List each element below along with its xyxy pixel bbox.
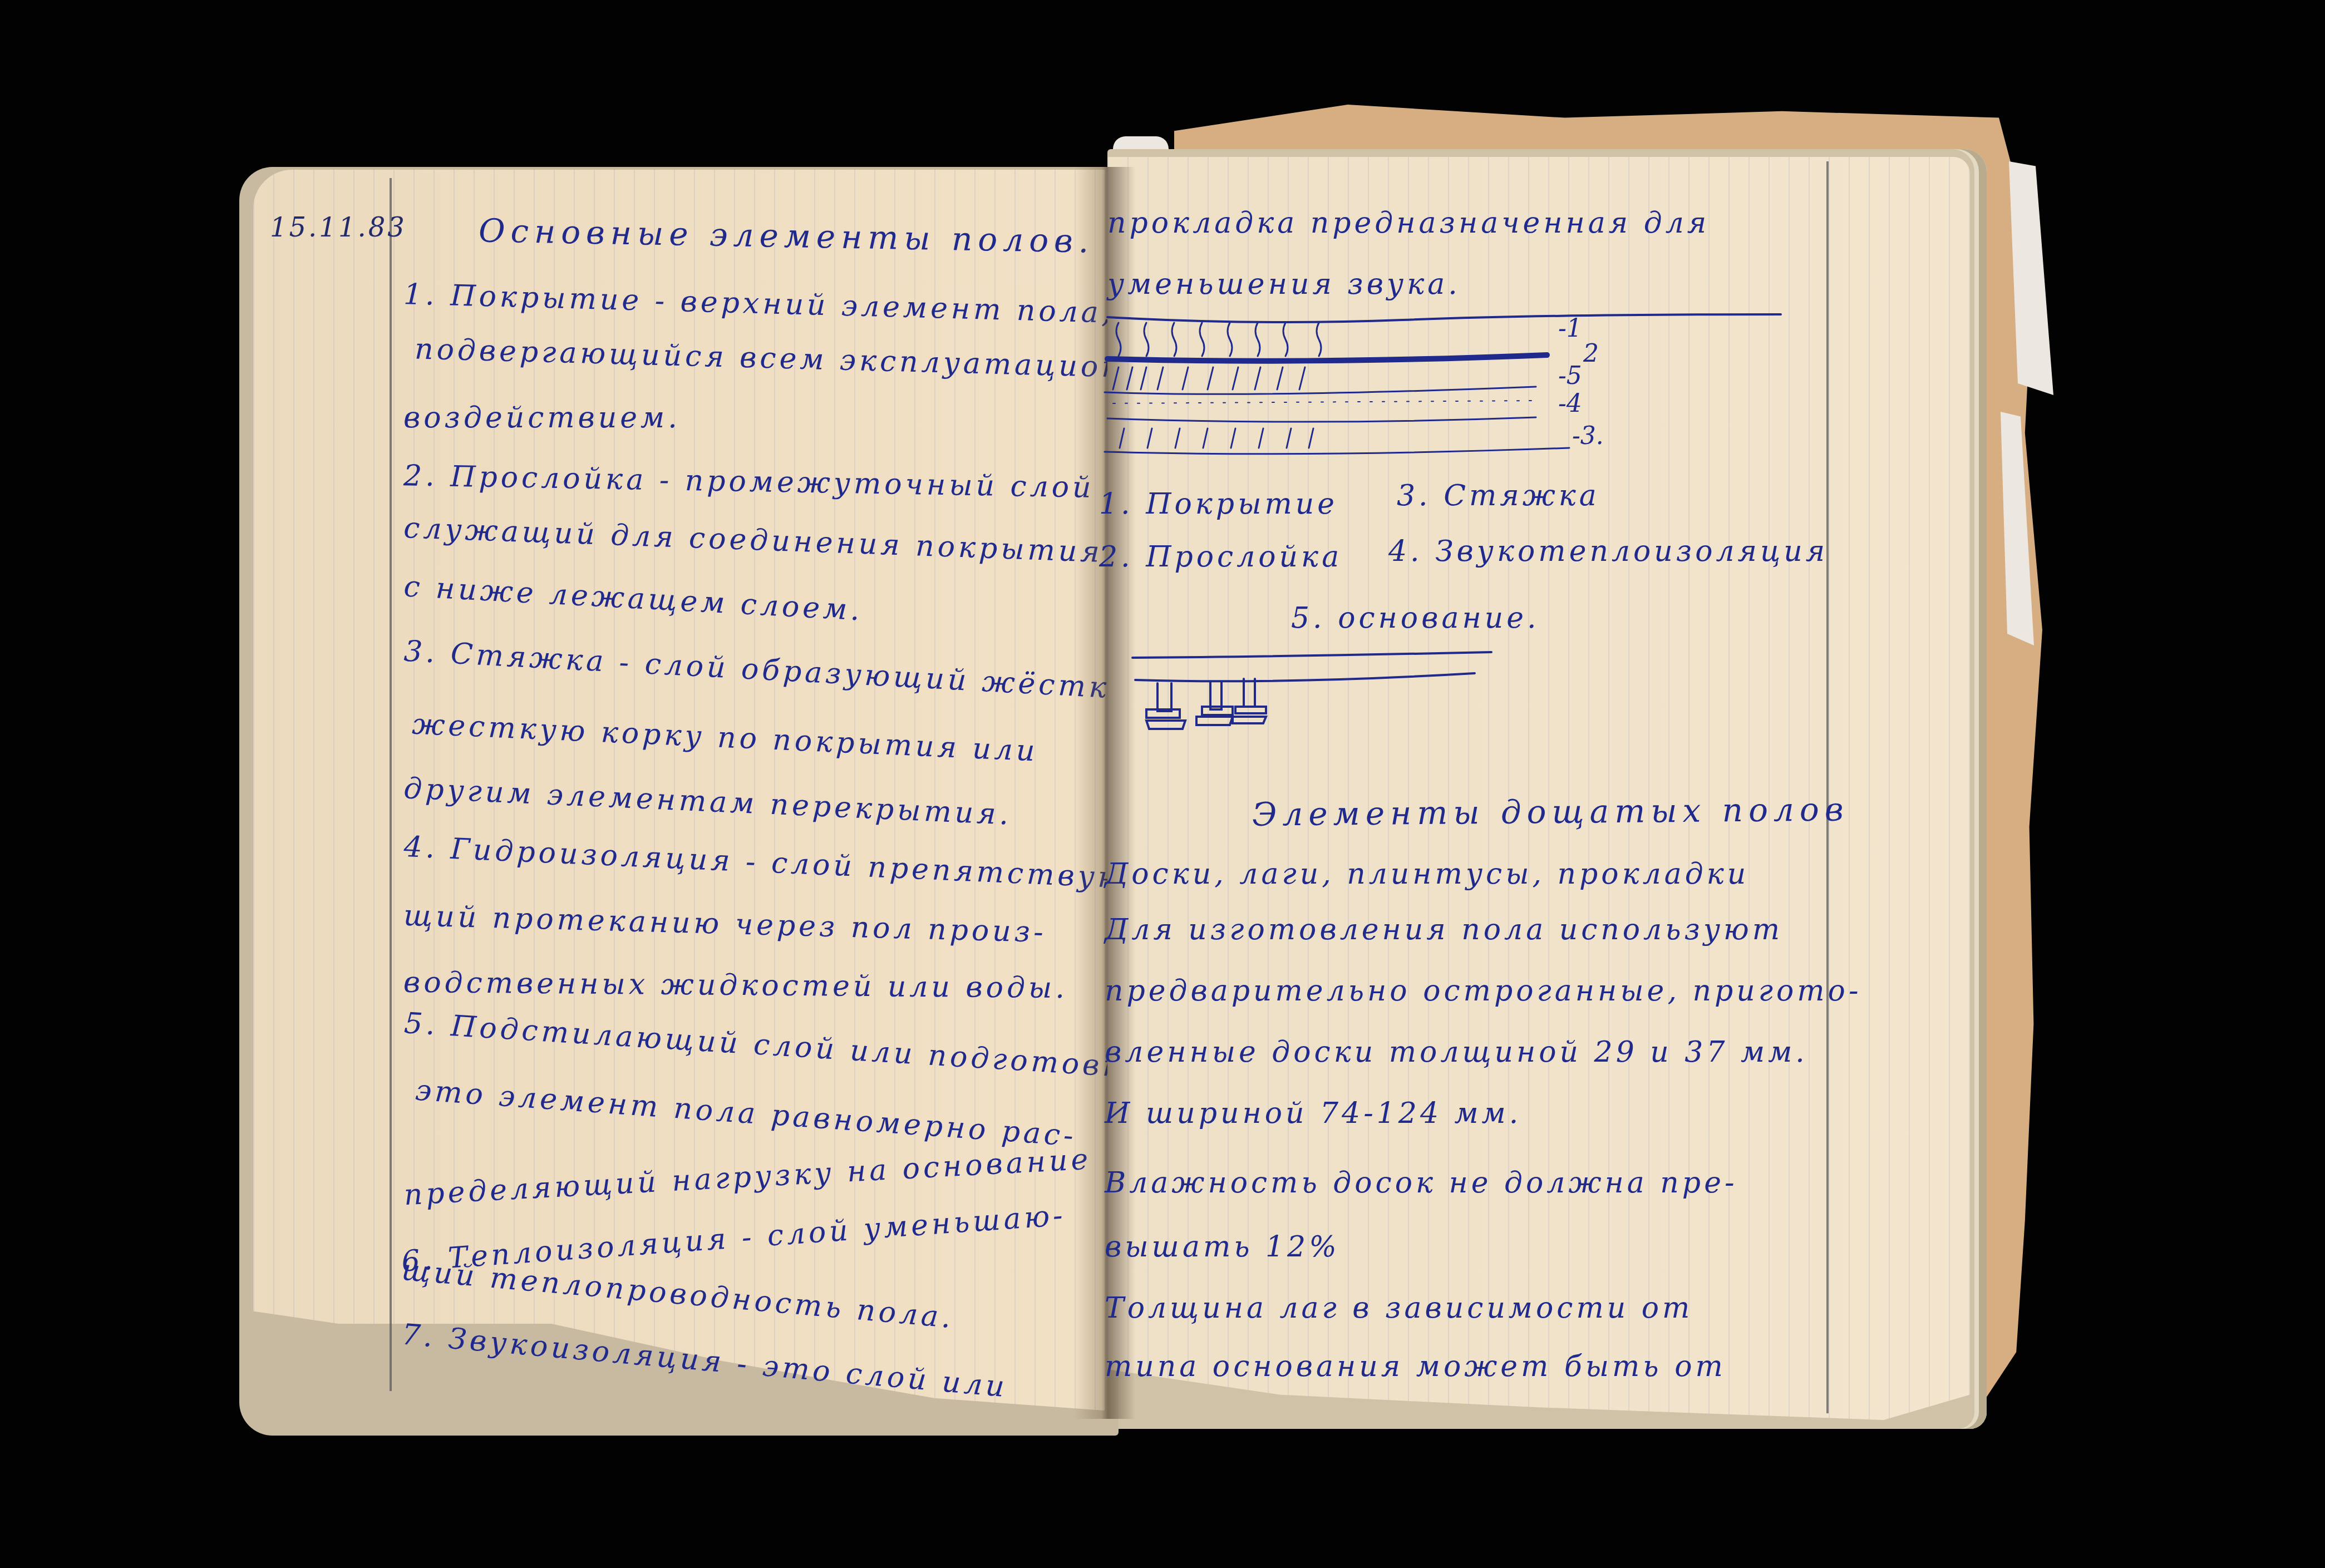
text-line: водственных жидкостей или воды. xyxy=(403,968,1068,1003)
diagram-label: 2 xyxy=(1583,339,1599,368)
legend-item: 1. Покрытие xyxy=(1099,490,1338,519)
floor-supports-sketch xyxy=(1119,645,1619,757)
text-line: Доски, лаги, плинтусы, прокладки xyxy=(1105,860,1749,889)
text-line: Для изготовления пола используют xyxy=(1105,915,1783,944)
diagram-label: -5 xyxy=(1558,362,1582,390)
text-line: вленные доски толщиной 29 и 37 мм. xyxy=(1105,1038,1808,1067)
margin-line-right xyxy=(1826,161,1829,1413)
section-title: Элементы дощатых полов xyxy=(1252,793,1849,830)
legend-item: 5. основание. xyxy=(1291,604,1539,633)
text-line: уменьшения звука. xyxy=(1107,270,1461,299)
text-line: предварительно остроганные, пригото- xyxy=(1105,977,1861,1005)
notebook-photo: 15.11.83 Основные элементы полов. 1. Пок… xyxy=(0,0,2325,1568)
text-line: вышать 12% xyxy=(1105,1232,1340,1261)
diagram-label: -1 xyxy=(1558,314,1582,343)
diagram-label: -3. xyxy=(1572,422,1604,450)
entry-date: 15.11.83 xyxy=(270,214,407,241)
page-title: Основные элементы полов. xyxy=(479,214,1095,257)
text-line: Толщина лаг в зависимости от xyxy=(1105,1294,1693,1323)
legend-item: 2. Прослойка xyxy=(1099,543,1342,571)
text-line: И шириной 74-124 мм. xyxy=(1105,1099,1521,1128)
floor-layers-diagram: -1 2 -5 -4 -3. xyxy=(1091,300,1814,467)
text-line: Влажность досок не должна пре- xyxy=(1105,1168,1737,1197)
legend-item: 3. Стяжка xyxy=(1397,481,1600,510)
diagram-label: -4 xyxy=(1558,389,1582,418)
text-line: прокладка предназначенная для xyxy=(1107,209,1710,238)
text-line: воздействием. xyxy=(403,403,681,432)
legend-item: 4. Звукотеплоизоляция xyxy=(1388,537,1828,566)
margin-line-left xyxy=(390,178,392,1391)
text-line: типа основания может быть от xyxy=(1105,1352,1726,1381)
